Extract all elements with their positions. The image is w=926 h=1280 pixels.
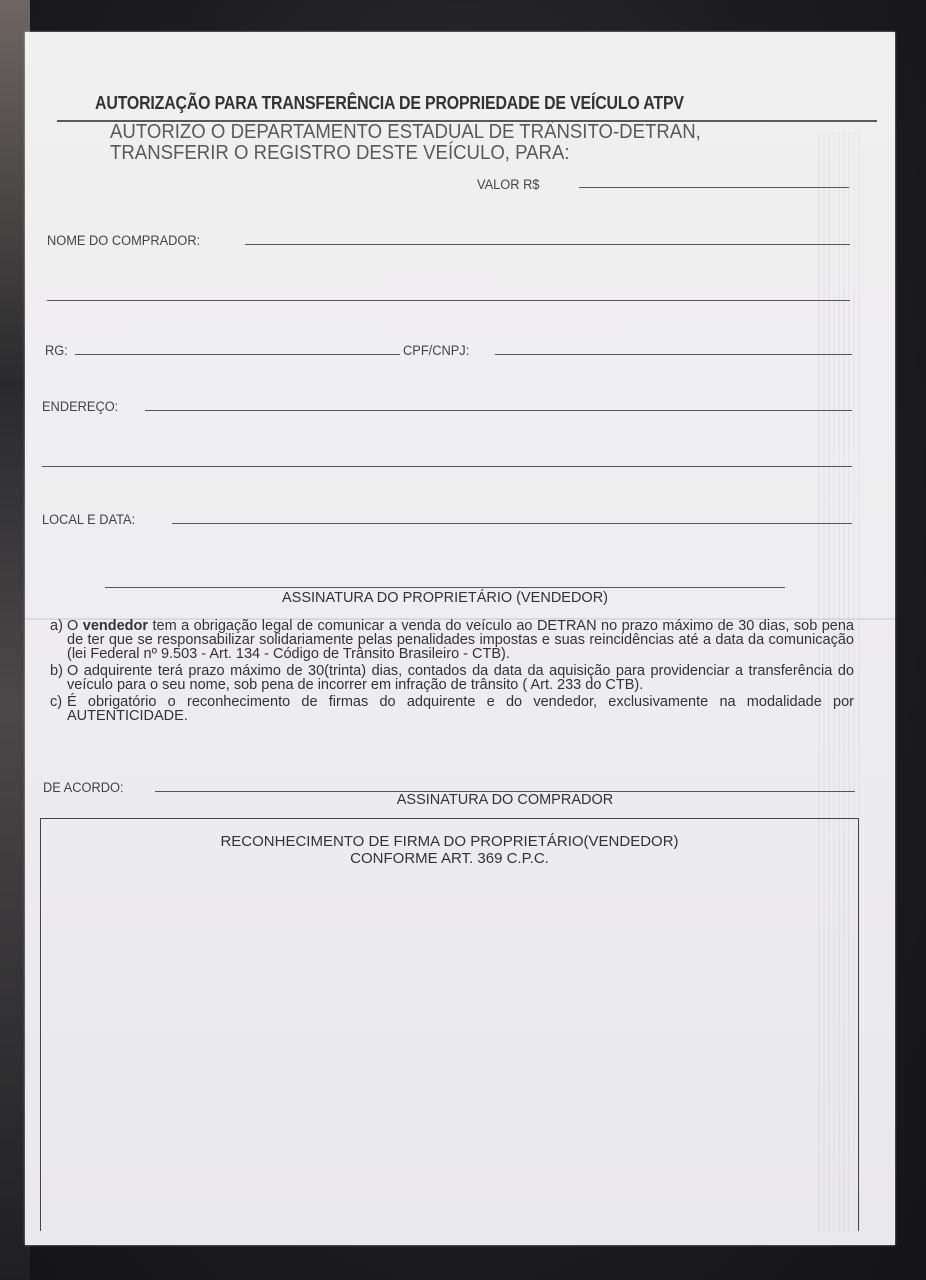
seller-signature-field[interactable] bbox=[105, 587, 785, 588]
buyer-signature-label: ASSINATURA DO COMPRADOR bbox=[155, 792, 855, 808]
note-c: c) É obrigatório o reconhecimento de fir… bbox=[50, 695, 854, 723]
authorization-text: AUTORIZO O DEPARTAMENTO ESTADUAL DE TRÂN… bbox=[110, 122, 701, 164]
seller-signature-label: ASSINATURA DO PROPRIETÁRIO (VENDEDOR) bbox=[105, 590, 785, 606]
form-title: AUTORIZAÇÃO PARA TRANSFERÊNCIA DE PROPRI… bbox=[95, 92, 684, 114]
endereco-field[interactable] bbox=[145, 410, 852, 411]
cpf-cnpj-field[interactable] bbox=[495, 354, 852, 355]
local-data-label: LOCAL E DATA: bbox=[42, 512, 135, 527]
rg-field[interactable] bbox=[75, 354, 400, 355]
intro-line-2: TRANSFERIR O REGISTRO DESTE VEÍCULO, PAR… bbox=[110, 143, 701, 164]
endereco-label: ENDEREÇO: bbox=[42, 399, 118, 414]
endereco-field-line-2[interactable] bbox=[42, 466, 852, 467]
notary-box-title: RECONHECIMENTO DE FIRMA DO PROPRIETÁRIO(… bbox=[41, 833, 858, 867]
notary-recognition-box[interactable]: RECONHECIMENTO DE FIRMA DO PROPRIETÁRIO(… bbox=[40, 818, 859, 1231]
de-acordo-label: DE ACORDO: bbox=[43, 780, 124, 795]
intro-line-1: AUTORIZO O DEPARTAMENTO ESTADUAL DE TRÂN… bbox=[110, 122, 701, 143]
nome-comprador-label: NOME DO COMPRADOR: bbox=[47, 233, 200, 248]
note-a: a) O vendedor tem a obrigação legal de c… bbox=[50, 619, 854, 661]
nome-comprador-field-line-2[interactable] bbox=[47, 300, 850, 301]
valor-label: VALOR R$ bbox=[477, 177, 539, 192]
valor-field[interactable] bbox=[579, 187, 849, 188]
cpf-cnpj-label: CPF/CNPJ: bbox=[403, 343, 469, 358]
note-b: b) O adquirente terá prazo máximo de 30(… bbox=[50, 664, 854, 692]
atpv-form: AUTORIZAÇÃO PARA TRANSFERÊNCIA DE PROPRI… bbox=[25, 32, 895, 1245]
nome-comprador-field[interactable] bbox=[245, 244, 850, 245]
rg-label: RG: bbox=[45, 343, 68, 358]
local-data-field[interactable] bbox=[172, 523, 852, 524]
legal-notes: a) O vendedor tem a obrigação legal de c… bbox=[50, 619, 854, 726]
